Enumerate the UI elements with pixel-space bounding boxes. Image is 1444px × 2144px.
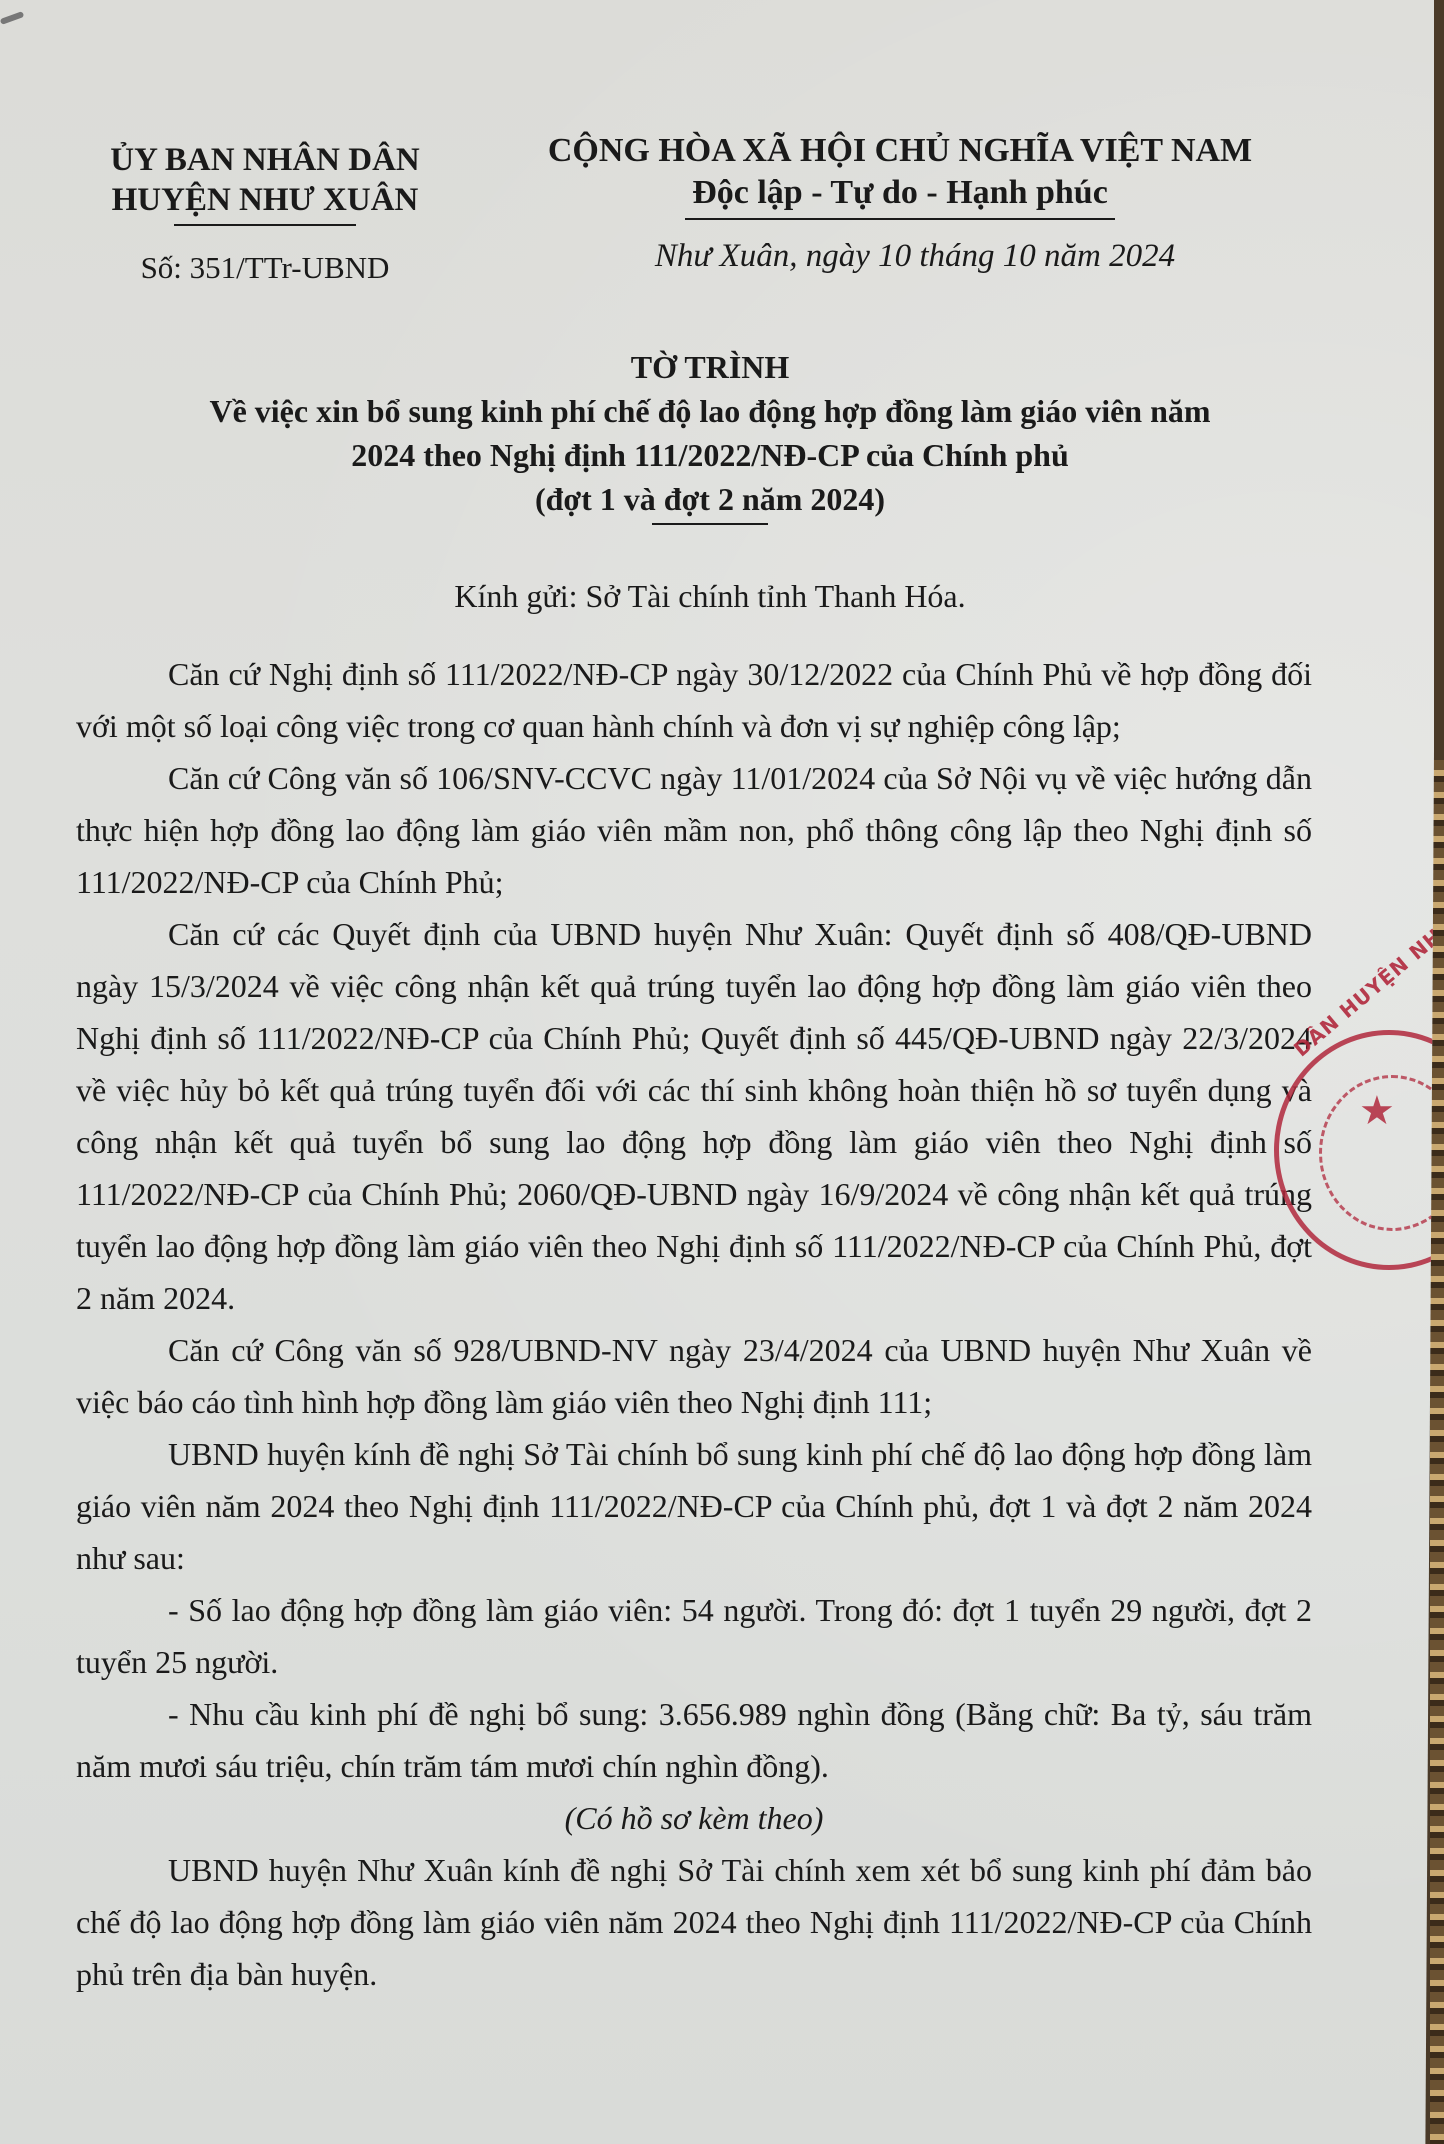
paragraph-request: UBND huyện kính đề nghị Sở Tài chính bổ …: [76, 1428, 1312, 1584]
closing-paragraph: UBND huyện Như Xuân kính đề nghị Sở Tài …: [76, 1844, 1312, 2000]
document-body: Căn cứ Nghị định số 111/2022/NĐ-CP ngày …: [76, 648, 1312, 2000]
subject-line-2: 2024 theo Nghị định 111/2022/NĐ-CP của C…: [60, 433, 1360, 477]
attachment-note: (Có hồ sơ kèm theo): [76, 1792, 1312, 1844]
national-motto: Độc lập - Tự do - Hạnh phúc: [520, 172, 1280, 214]
paragraph-legal-basis-2: Căn cứ Công văn số 106/SNV-CCVC ngày 11/…: [76, 752, 1312, 908]
bullet-staff-count: - Số lao động hợp đồng làm giáo viên: 54…: [76, 1584, 1312, 1688]
issuing-agency-block: ỦY BAN NHÂN DÂN HUYỆN NHƯ XUÂN Số: 351/T…: [70, 140, 460, 286]
agency-underline: [174, 224, 356, 226]
document-title-block: TỜ TRÌNH Về việc xin bổ sung kinh phí ch…: [60, 345, 1360, 525]
national-header-block: CỘNG HÒA XÃ HỘI CHỦ NGHĨA VIỆT NAM Độc l…: [520, 130, 1280, 275]
national-name: CỘNG HÒA XÃ HỘI CHỦ NGHĨA VIỆT NAM: [520, 130, 1280, 172]
paragraph-legal-basis-1: Căn cứ Nghị định số 111/2022/NĐ-CP ngày …: [76, 648, 1312, 752]
seal-text: DÂN HUYỆN NH: [1289, 923, 1444, 1061]
agency-name-line1: ỦY BAN NHÂN DÂN: [70, 140, 460, 180]
motto-underline: [685, 218, 1115, 220]
document-type: TỜ TRÌNH: [60, 345, 1360, 389]
subject-line-3: (đợt 1 và đợt 2 năm 2024): [60, 477, 1360, 521]
star-icon: ★: [1359, 1087, 1395, 1134]
shadow-mark: [0, 11, 24, 25]
paragraph-legal-basis-4: Căn cứ Công văn số 928/UBND-NV ngày 23/4…: [76, 1324, 1312, 1428]
document-number: Số: 351/TTr-UBND: [70, 250, 460, 286]
place-date: Như Xuân, ngày 10 tháng 10 năm 2024: [520, 238, 1280, 275]
subject-line-1: Về việc xin bổ sung kinh phí chế độ lao …: [60, 389, 1360, 433]
document-page: ỦY BAN NHÂN DÂN HUYỆN NHƯ XUÂN Số: 351/T…: [0, 0, 1434, 2144]
bullet-funding-amount: - Nhu cầu kinh phí đề nghị bổ sung: 3.65…: [76, 1688, 1312, 1792]
agency-name-line2: HUYỆN NHƯ XUÂN: [70, 180, 460, 220]
title-underline: [652, 523, 768, 525]
paragraph-legal-basis-3: Căn cứ các Quyết định của UBND huyện Như…: [76, 908, 1312, 1324]
recipient-line: Kính gửi: Sở Tài chính tỉnh Thanh Hóa.: [60, 578, 1360, 615]
